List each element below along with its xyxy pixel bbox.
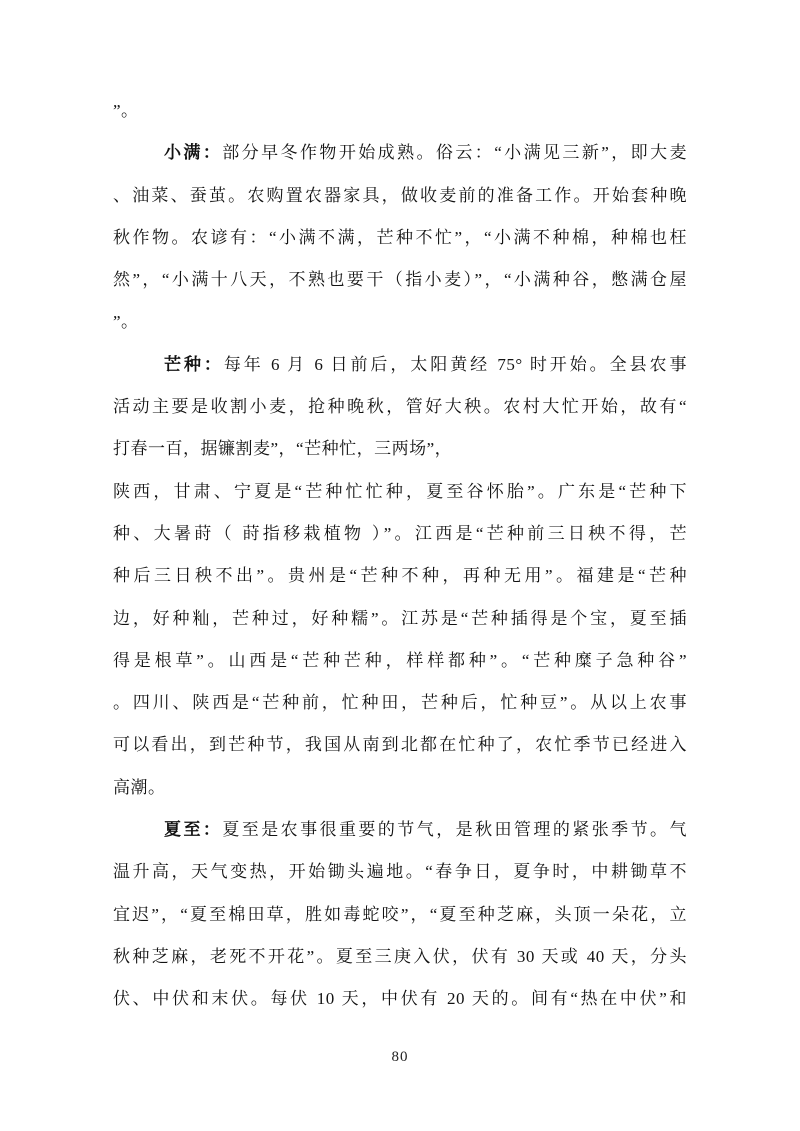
line-text: 秋作物。农谚有：“小满不满，芒种不忙”，“小满不种棉，种棉也枉 xyxy=(113,228,687,247)
page-number: 80 xyxy=(113,1047,687,1067)
text-line: 温升高，天气变热，开始锄头遍地。“春争日，夏争时，中耕锄草不 xyxy=(113,851,687,893)
line-text: 部分早冬作物开始成熟。俗云：“小满见三新”，即大麦 xyxy=(222,143,687,162)
text-line: 陕西，甘肃、宁夏是“芒种忙忙种，夏至谷怀胎”。广东是“芒种下 xyxy=(113,471,687,513)
term-heading: 芒种： xyxy=(164,355,224,374)
line-text: ”。 xyxy=(113,101,139,120)
line-text: 活动主要是收割小麦，抢种晚秋，管好大秧。农村大忙开始，故有“ xyxy=(113,397,687,416)
text-line: 边，好种籼，芒种过，好种糯”。江苏是“芒种插得是个宝，夏至插 xyxy=(113,598,687,640)
text-line: 宜迟”，“夏至棉田草，胜如毒蛇咬”，“夏至种芝麻，头顶一朵花，立 xyxy=(113,894,687,936)
text-line: ”。 xyxy=(113,90,687,132)
text-line: 然”，“小满十八天，不熟也要干（指小麦）”，“小满种谷，憋满仓屋 xyxy=(113,259,687,301)
text-line: 秋种芝麻，老死不开花”。夏至三庚入伏，伏有 30 天或 40 天，分头 xyxy=(113,936,687,978)
line-text: 种、大暑莳（ 莳指移栽植物 ）”。江西是“芒种前三日秧不得，芒 xyxy=(113,524,687,543)
text-line: 秋作物。农谚有：“小满不满，芒种不忙”，“小满不种棉，种棉也枉 xyxy=(113,217,687,259)
text-line: 种后三日秧不出”。贵州是“芒种不种，再种无用”。福建是“芒种 xyxy=(113,555,687,597)
text-line: ”。 xyxy=(113,301,687,343)
text-line: 可以看出，到芒种节，我国从南到北都在忙种了，农忙季节已经进入 xyxy=(113,724,687,766)
text-line: 得是根草”。山西是“芒种芒种，样样都种”。“芒种糜子急种谷” xyxy=(113,640,687,682)
line-text: 高潮。 xyxy=(113,778,166,797)
line-text: ”。 xyxy=(113,312,139,331)
line-text: 每年 6 月 6 日前后，太阳黄经 75° 时开始。全县农事 xyxy=(224,355,687,374)
line-text: 边，好种籼，芒种过，好种糯”。江苏是“芒种插得是个宝，夏至插 xyxy=(113,609,687,628)
line-text: 可以看出，到芒种节，我国从南到北都在忙种了，农忙季节已经进入 xyxy=(113,735,687,754)
line-text: 秋种芝麻，老死不开花”。夏至三庚入伏，伏有 30 天或 40 天，分头 xyxy=(113,947,687,966)
line-text: 宜迟”，“夏至棉田草，胜如毒蛇咬”，“夏至种芝麻，头顶一朵花，立 xyxy=(113,905,687,924)
text-line: 夏至：夏至是农事很重要的节气，是秋田管理的紧张季节。气 xyxy=(113,809,687,851)
line-text: 、油菜、蚕茧。农购置农器家具，做收麦前的准备工作。开始套种晚 xyxy=(113,186,687,205)
line-text: 打春一百，据镰割麦”，“芒种忙，三两场”， xyxy=(113,439,452,458)
line-text: 得是根草”。山西是“芒种芒种，样样都种”。“芒种糜子急种谷” xyxy=(113,651,687,670)
text-line: 活动主要是收割小麦，抢种晚秋，管好大秧。农村大忙开始，故有“ xyxy=(113,386,687,428)
text-line: 芒种：每年 6 月 6 日前后，太阳黄经 75° 时开始。全县农事 xyxy=(113,344,687,386)
line-text: 。四川、陕西是“芒种前，忙种田，芒种后，忙种豆”。从以上农事 xyxy=(113,693,687,712)
text-line: 高潮。 xyxy=(113,767,687,809)
text-lines: ”。小满：部分早冬作物开始成熟。俗云：“小满见三新”，即大麦、油菜、蚕茧。农购置… xyxy=(113,90,687,1021)
line-text: 伏、中伏和末伏。每伏 10 天，中伏有 20 天的。间有“热在中伏”和 xyxy=(113,989,687,1008)
line-text: 夏至是农事很重要的节气，是秋田管理的紧张季节。气 xyxy=(222,820,687,839)
document-page: ”。小满：部分早冬作物开始成熟。俗云：“小满见三新”，即大麦、油菜、蚕茧。农购置… xyxy=(0,0,800,1131)
text-line: 打春一百，据镰割麦”，“芒种忙，三两场”， xyxy=(113,428,687,470)
term-heading: 小满： xyxy=(164,143,222,162)
text-line: 。四川、陕西是“芒种前，忙种田，芒种后，忙种豆”。从以上农事 xyxy=(113,682,687,724)
text-line: 小满：部分早冬作物开始成熟。俗云：“小满见三新”，即大麦 xyxy=(113,132,687,174)
text-line: 、油菜、蚕茧。农购置农器家具，做收麦前的准备工作。开始套种晚 xyxy=(113,175,687,217)
text-line: 种、大暑莳（ 莳指移栽植物 ）”。江西是“芒种前三日秧不得，芒 xyxy=(113,513,687,555)
line-text: 陕西，甘肃、宁夏是“芒种忙忙种，夏至谷怀胎”。广东是“芒种下 xyxy=(113,482,687,501)
line-text: 然”，“小满十八天，不熟也要干（指小麦）”，“小满种谷，憋满仓屋 xyxy=(113,270,687,289)
text-line: 伏、中伏和末伏。每伏 10 天，中伏有 20 天的。间有“热在中伏”和 xyxy=(113,978,687,1020)
term-heading: 夏至： xyxy=(164,820,222,839)
line-text: 温升高，天气变热，开始锄头遍地。“春争日，夏争时，中耕锄草不 xyxy=(113,862,687,881)
line-text: 种后三日秧不出”。贵州是“芒种不种，再种无用”。福建是“芒种 xyxy=(113,566,687,585)
